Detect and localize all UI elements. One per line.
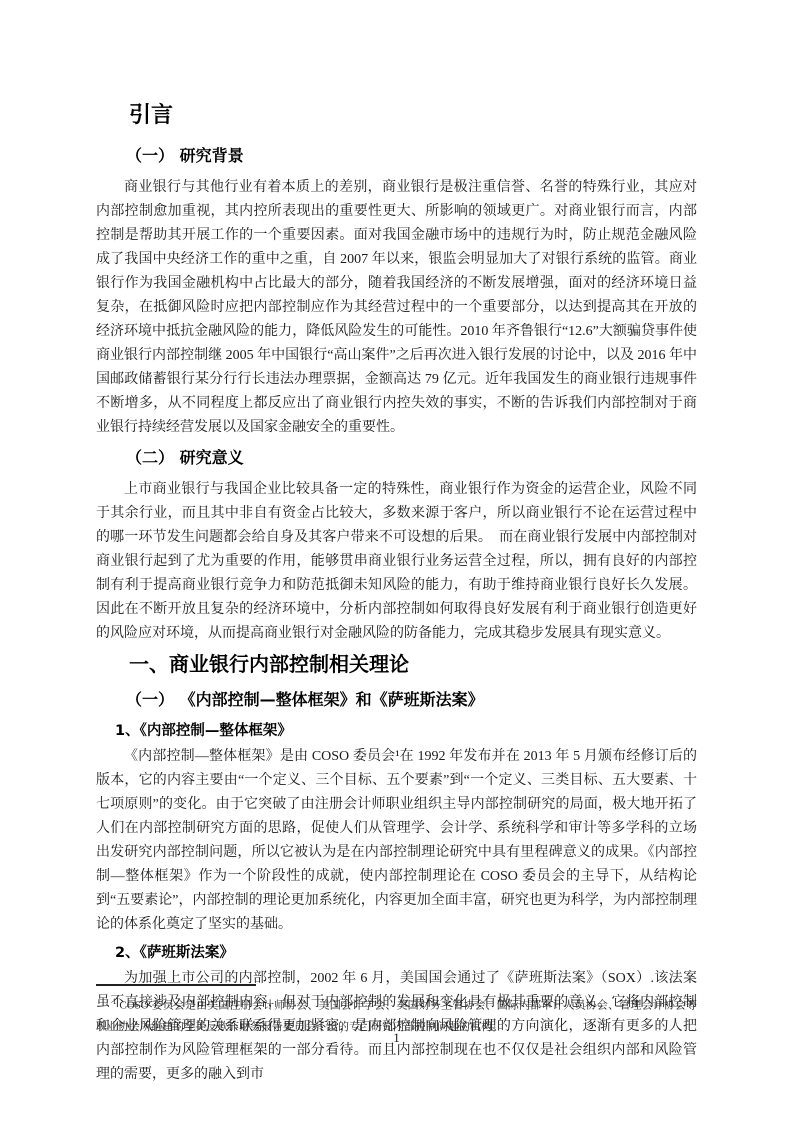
page-number: 1: [0, 1030, 793, 1046]
footnote-separator: [96, 984, 256, 986]
intro-title: 引言: [129, 101, 697, 131]
paragraph-research-background: 商业银行与其他行业有着本质上的差别，商业银行是极注重信誉、名誉的特殊行业，其应对…: [96, 176, 697, 440]
heading-research-background: （一） 研究背景: [126, 144, 697, 168]
document-page: 引言 （一） 研究背景 商业银行与其他行业有着本质上的差别，商业银行是极注重信誉…: [0, 0, 793, 1122]
heading-internal-control-framework: 1、《内部控制—整体框架》: [115, 720, 697, 742]
heading-framework-and-sox: （一） 《内部控制—整体框架》和《萨班斯法案》: [126, 688, 697, 712]
page-content: 引言 （一） 研究背景 商业银行与其他行业有着本质上的差别，商业银行是极注重信誉…: [96, 96, 697, 1091]
heading-sarbanes-oxley: 2、《萨班斯法案》: [115, 942, 697, 964]
footnote-body: COSO 委员会是由美国注册会计师协会、美国会计学会、美国财务主管协会、国际内部…: [96, 1000, 697, 1033]
paragraph-internal-control-framework: 《内部控制—整体框架》是由 COSO 委员会¹在 1992 年发布并在 2013…: [96, 745, 697, 937]
heading-chapter-one: 一、商业银行内部控制相关理论: [129, 650, 697, 678]
paragraph-research-significance: 上市商业银行与我国企业比较具备一定的特殊性，商业银行作为资金的运营企业，风险不同…: [96, 478, 697, 646]
heading-research-significance: （二） 研究意义: [126, 446, 697, 470]
